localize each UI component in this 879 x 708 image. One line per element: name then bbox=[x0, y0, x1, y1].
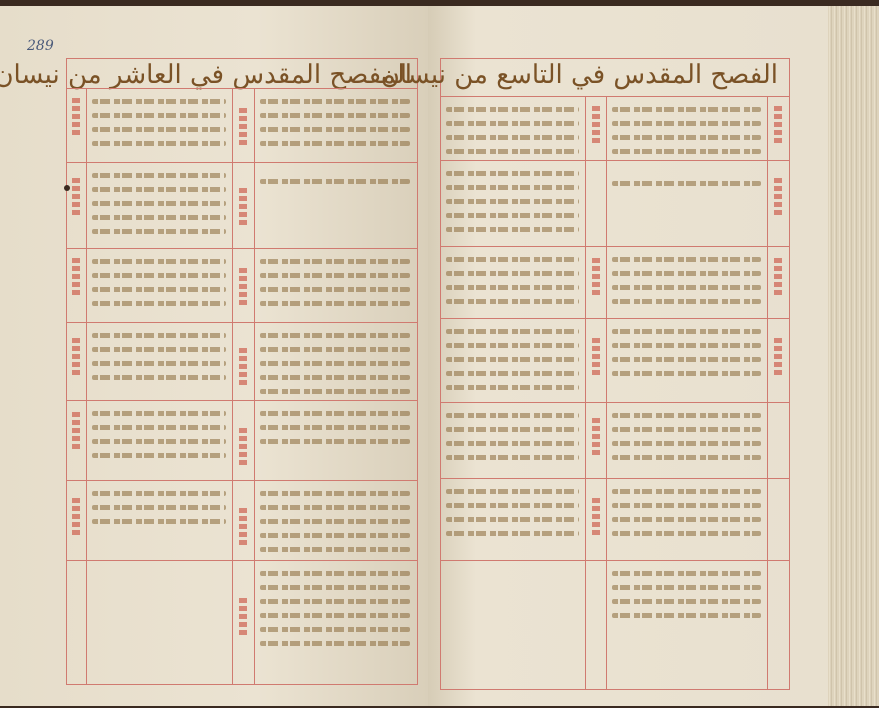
page-edges bbox=[828, 6, 879, 706]
right-row-rule bbox=[440, 160, 789, 161]
right-rubric bbox=[586, 330, 606, 390]
left-rubric bbox=[66, 90, 86, 160]
left-text-block bbox=[88, 324, 230, 398]
left-rubric bbox=[233, 100, 253, 160]
right-rubric bbox=[586, 490, 606, 550]
left-rubric bbox=[233, 180, 253, 240]
left-rubric bbox=[233, 500, 253, 560]
left-rubric bbox=[233, 420, 253, 480]
right-col-rule bbox=[606, 96, 607, 689]
right-rubric bbox=[768, 250, 788, 310]
left-text-block bbox=[256, 482, 414, 558]
right-text-block bbox=[442, 480, 583, 558]
right-text-block bbox=[442, 248, 583, 316]
right-text-block bbox=[608, 562, 765, 622]
left-text-block bbox=[88, 164, 230, 246]
left-row-rule bbox=[66, 162, 417, 163]
right-heading-rule bbox=[440, 96, 789, 97]
right-rubric bbox=[768, 170, 788, 230]
right-text-block bbox=[608, 248, 765, 316]
right-text-block bbox=[608, 320, 765, 400]
right-row-rule bbox=[440, 478, 789, 479]
left-text-block bbox=[88, 250, 230, 320]
right-text-block bbox=[608, 404, 765, 476]
left-text-block bbox=[88, 90, 230, 160]
folio-number: 289 bbox=[27, 38, 54, 54]
left-col-rule bbox=[254, 88, 255, 684]
right-text-block bbox=[442, 162, 583, 244]
right-rubric bbox=[768, 98, 788, 158]
left-row-rule bbox=[66, 480, 417, 481]
manuscript-spread: 289 المفصح المقدس في العاشر من نيسان الف… bbox=[0, 0, 879, 708]
right-text-block bbox=[442, 404, 583, 476]
right-rubric bbox=[586, 98, 606, 158]
left-rubric bbox=[233, 260, 253, 320]
left-page-heading: المفصح المقدس في العاشر من نيسان bbox=[92, 60, 412, 90]
right-text-block bbox=[608, 172, 765, 202]
left-rubric bbox=[66, 250, 86, 320]
right-row-rule bbox=[440, 318, 789, 319]
right-page-heading: الفصح المقدس في التاسع من نيسان bbox=[448, 60, 778, 90]
left-rubric bbox=[66, 170, 86, 246]
left-row-rule bbox=[66, 400, 417, 401]
left-rubric bbox=[66, 330, 86, 400]
left-rubric bbox=[66, 490, 86, 560]
right-row-rule bbox=[440, 402, 789, 403]
left-text-block bbox=[88, 482, 230, 558]
left-row-rule bbox=[66, 322, 417, 323]
right-text-block bbox=[442, 320, 583, 400]
left-text-block bbox=[256, 170, 414, 200]
right-row-rule bbox=[440, 246, 789, 247]
right-text-block bbox=[442, 98, 583, 158]
right-rubric bbox=[768, 330, 788, 390]
left-text-block bbox=[256, 90, 414, 160]
left-rubric bbox=[66, 404, 86, 474]
left-text-block bbox=[256, 562, 414, 682]
left-row-rule bbox=[66, 560, 417, 561]
left-col-rule bbox=[86, 88, 87, 684]
right-row-rule bbox=[440, 560, 789, 561]
left-text-block bbox=[256, 324, 414, 398]
right-rubric bbox=[586, 250, 606, 310]
left-rubric bbox=[233, 590, 253, 650]
ink-spot bbox=[64, 185, 70, 191]
right-rubric bbox=[586, 410, 606, 470]
left-row-rule bbox=[66, 248, 417, 249]
right-text-block bbox=[608, 98, 765, 158]
left-text-block bbox=[88, 402, 230, 478]
left-heading-rule bbox=[66, 88, 417, 89]
left-text-block bbox=[256, 402, 414, 478]
left-rubric bbox=[233, 340, 253, 400]
right-col-rule bbox=[585, 96, 586, 689]
right-text-block bbox=[608, 480, 765, 558]
left-text-block bbox=[256, 250, 414, 320]
